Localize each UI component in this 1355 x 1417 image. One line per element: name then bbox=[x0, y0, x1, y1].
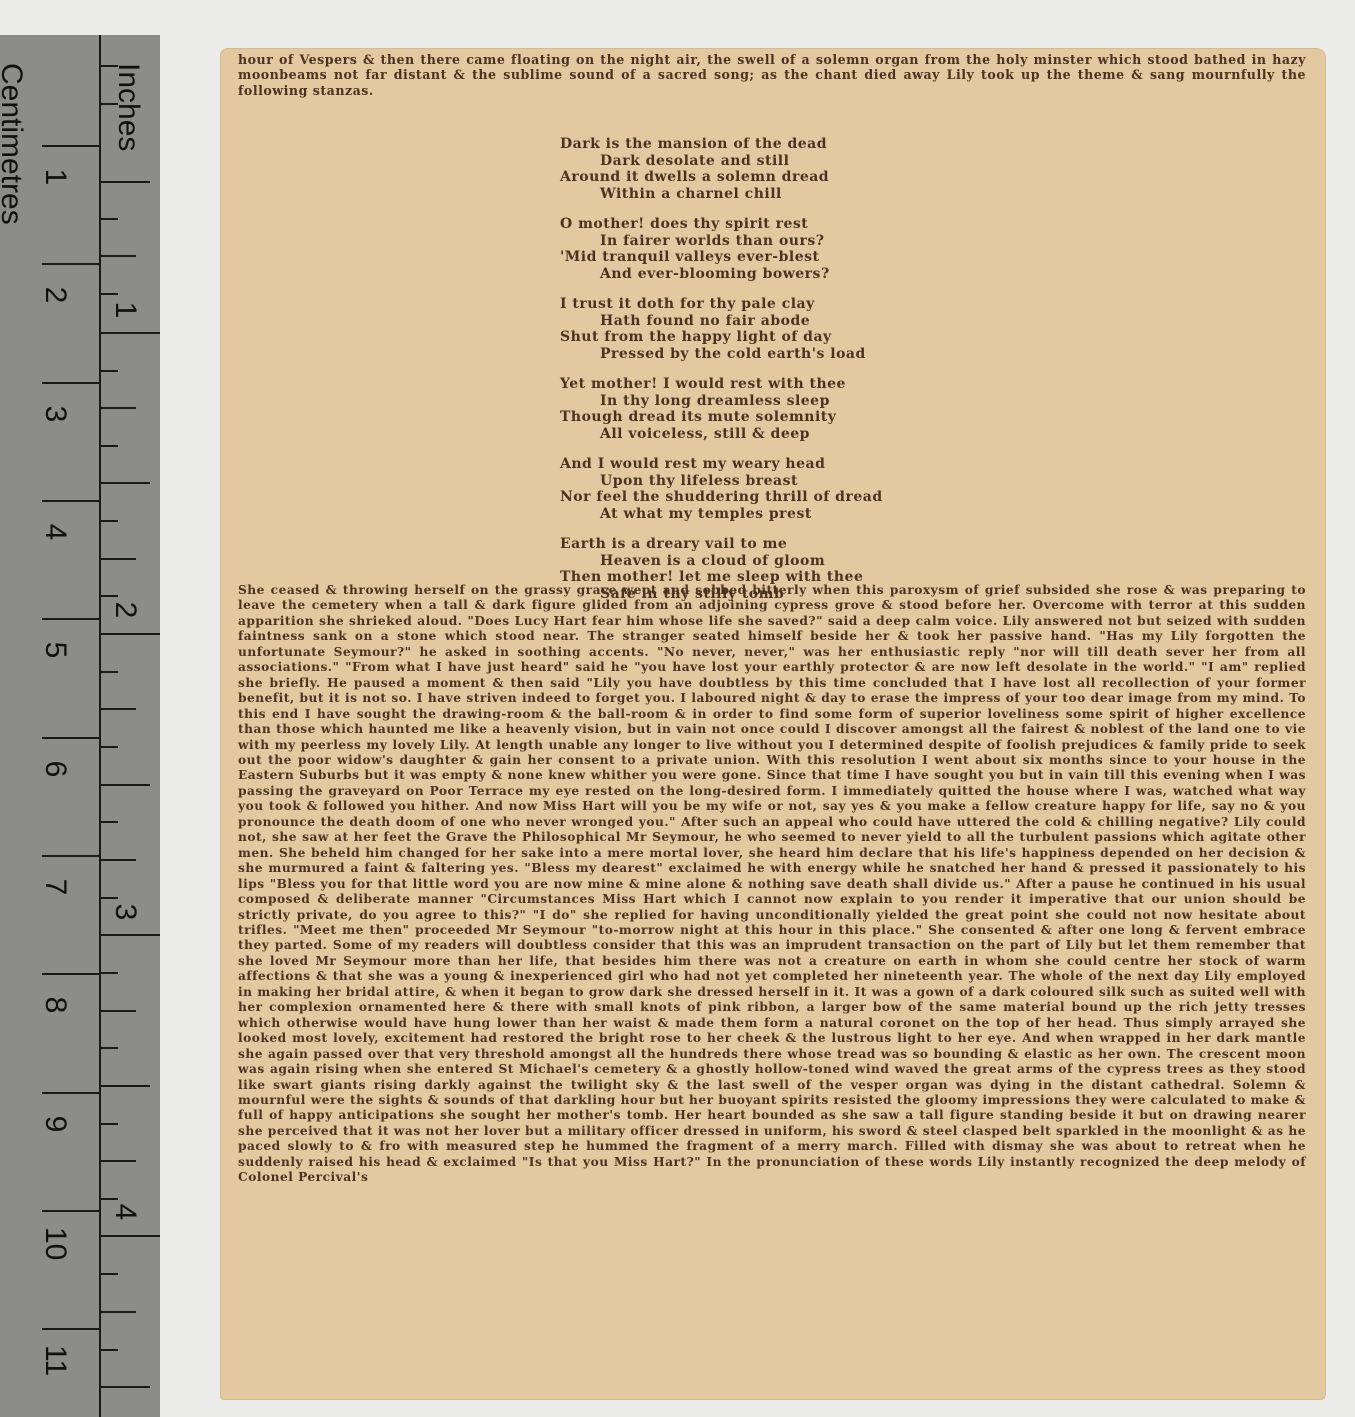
poem-line: And I would rest my weary head bbox=[560, 456, 1040, 473]
cm-label: 11 bbox=[38, 1345, 72, 1375]
inch-tick bbox=[100, 633, 160, 635]
narrative-body: She ceased & throwing herself on the gra… bbox=[238, 583, 1306, 1186]
cm-tick bbox=[42, 500, 100, 502]
cm-label: 7 bbox=[38, 872, 72, 902]
cm-label: 1 bbox=[38, 162, 72, 192]
inch-tick bbox=[100, 972, 118, 974]
poem-line: Hath found no fair abode bbox=[560, 313, 1040, 330]
poem-line: Within a charnel chill bbox=[560, 186, 1040, 203]
inch-tick bbox=[100, 1123, 118, 1125]
poem: Dark is the mansion of the dead Dark des… bbox=[560, 136, 1040, 616]
poem-stanza: Dark is the mansion of the dead Dark des… bbox=[560, 136, 1040, 202]
inch-tick bbox=[100, 181, 150, 183]
inch-tick bbox=[100, 746, 118, 748]
cm-tick bbox=[42, 1328, 100, 1330]
inch-tick bbox=[100, 708, 136, 710]
cm-label: 2 bbox=[38, 280, 72, 310]
poem-line: Yet mother! I would rest with thee bbox=[560, 376, 1040, 393]
poem-stanza: O mother! does thy spirit rest In fairer… bbox=[560, 216, 1040, 282]
narrative-text: She ceased & throwing herself on the gra… bbox=[238, 583, 1306, 1186]
inch-tick bbox=[100, 482, 150, 484]
inch-tick bbox=[100, 218, 118, 220]
poem-line: Heaven is a cloud of gloom bbox=[560, 553, 1040, 570]
poem-line: Upon thy lifeless breast bbox=[560, 473, 1040, 490]
opening-paragraph-text: hour of Vespers & then there came floati… bbox=[238, 52, 1306, 98]
inch-tick bbox=[100, 103, 118, 105]
poem-line: Around it dwells a solemn dread bbox=[560, 169, 1040, 186]
poem-line: And ever-blooming bowers? bbox=[560, 266, 1040, 283]
poem-line: Nor feel the shuddering thrill of dread bbox=[560, 489, 1040, 506]
cm-tick bbox=[42, 1210, 100, 1212]
poem-line: In thy long dreamless sleep bbox=[560, 393, 1040, 410]
cm-tick bbox=[42, 618, 100, 620]
poem-line: At what my temples prest bbox=[560, 506, 1040, 523]
inch-tick bbox=[100, 445, 118, 447]
inch-tick bbox=[100, 1386, 150, 1388]
cm-label: 5 bbox=[38, 635, 72, 665]
cm-tick bbox=[42, 263, 100, 265]
poem-line: Earth is a dreary vail to me bbox=[560, 536, 1040, 553]
poem-line: All voiceless, still & deep bbox=[560, 426, 1040, 443]
inch-label: 1 bbox=[108, 295, 142, 325]
poem-line: Pressed by the cold earth's load bbox=[560, 346, 1040, 363]
poem-stanza: And I would rest my weary head Upon thy … bbox=[560, 456, 1040, 522]
cm-label: 10 bbox=[38, 1227, 72, 1257]
cm-tick bbox=[42, 145, 100, 147]
cm-tick bbox=[42, 973, 100, 975]
inch-tick bbox=[100, 934, 160, 936]
cm-tick bbox=[42, 1092, 100, 1094]
cm-label: 9 bbox=[38, 1109, 72, 1139]
measurement-ruler: Inches Centimetres 1 2 3 4 5 6 7 8 9 10 … bbox=[0, 35, 160, 1417]
inch-tick bbox=[100, 859, 136, 861]
poem-line: 'Mid tranquil valleys ever-blest bbox=[560, 249, 1040, 266]
poem-line: Dark is the mansion of the dead bbox=[560, 136, 1040, 153]
inch-tick bbox=[100, 821, 118, 823]
cm-tick bbox=[42, 855, 100, 857]
inch-tick bbox=[100, 407, 136, 409]
inch-tick bbox=[100, 332, 160, 334]
inch-tick bbox=[100, 255, 136, 257]
inch-tick bbox=[100, 558, 136, 560]
inch-label: 4 bbox=[108, 1197, 142, 1227]
cm-tick bbox=[42, 737, 100, 739]
poem-line: Dark desolate and still bbox=[560, 153, 1040, 170]
inch-tick bbox=[100, 1349, 118, 1351]
inch-tick bbox=[100, 65, 118, 67]
inch-tick bbox=[100, 1047, 118, 1049]
inch-label: 3 bbox=[108, 897, 142, 927]
poem-line: I trust it doth for thy pale clay bbox=[560, 296, 1040, 313]
inch-tick bbox=[100, 784, 150, 786]
inch-tick bbox=[100, 370, 118, 372]
poem-line: Shut from the happy light of day bbox=[560, 329, 1040, 346]
manuscript-page: hour of Vespers & then there came floati… bbox=[220, 48, 1326, 1400]
cm-label: 4 bbox=[38, 517, 72, 547]
inch-tick bbox=[100, 671, 118, 673]
poem-stanza: Yet mother! I would rest with thee In th… bbox=[560, 376, 1040, 442]
ruler-centimetres-title: Centimetres bbox=[0, 63, 28, 225]
cm-label: 6 bbox=[38, 754, 72, 784]
inch-tick bbox=[100, 1010, 136, 1012]
inch-tick bbox=[100, 1160, 136, 1162]
poem-stanza: I trust it doth for thy pale clay Hath f… bbox=[560, 296, 1040, 362]
cm-label: 3 bbox=[38, 399, 72, 429]
cm-label: 8 bbox=[38, 990, 72, 1020]
inch-tick bbox=[100, 1085, 150, 1087]
ruler-inches-title: Inches bbox=[111, 63, 145, 151]
poem-line: In fairer worlds than ours? bbox=[560, 233, 1040, 250]
cm-tick bbox=[42, 382, 100, 384]
opening-paragraph: hour of Vespers & then there came floati… bbox=[238, 52, 1306, 98]
inch-tick bbox=[100, 1273, 118, 1275]
poem-line: Though dread its mute solemnity bbox=[560, 409, 1040, 426]
poem-line: O mother! does thy spirit rest bbox=[560, 216, 1040, 233]
inch-tick bbox=[100, 1311, 136, 1313]
inch-tick bbox=[100, 520, 118, 522]
inch-label: 2 bbox=[108, 595, 142, 625]
inch-tick bbox=[100, 1235, 160, 1237]
